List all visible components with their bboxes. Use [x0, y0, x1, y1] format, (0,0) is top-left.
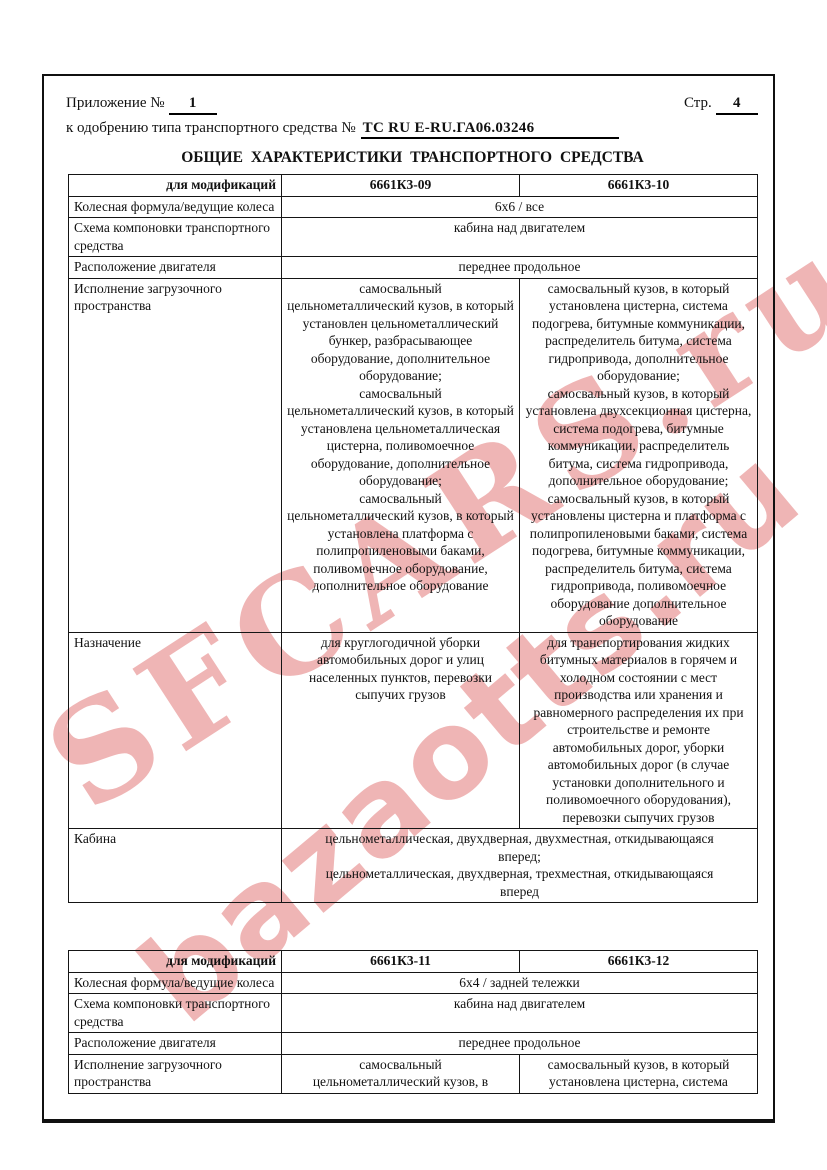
table2-header-row: для модификаций 6661К3-11 6661К3-12: [69, 951, 758, 973]
table-row-engine-position: Расположение двигателя переднее продольн…: [69, 1033, 758, 1055]
row-label: Расположение двигателя: [69, 1033, 282, 1055]
table-row-wheel-formula: Колесная формула/ведущие колеса 6х4 / за…: [69, 972, 758, 994]
row-value-mod-12: самосвальный кузов, в который установлен…: [520, 1054, 758, 1093]
row-value: кабина над двигателем: [282, 994, 758, 1033]
table1-header-modifications: для модификаций: [69, 175, 282, 197]
row-value-mod-11: самосвальный цельнометаллический кузов, …: [282, 1054, 520, 1093]
row-value: 6х4 / задней тележки: [282, 972, 758, 994]
row-label: Колесная формула/ведущие колеса: [69, 196, 282, 218]
table2-header-mod-11: 6661К3-11: [282, 951, 520, 973]
row-label: Схема компоновки транспортного средства: [69, 218, 282, 257]
approval-line: к одобрению типа транспортного средства …: [66, 120, 619, 137]
appendix-label: Приложение №: [66, 95, 165, 111]
row-label: Исполнение загрузочного пространства: [69, 278, 282, 632]
table-row-cargo-space: Исполнение загрузочного пространства сам…: [69, 278, 758, 632]
page-number-label: Стр.: [684, 95, 712, 111]
row-value: переднее продольное: [282, 257, 758, 279]
appendix-number: 1: [169, 96, 217, 115]
table1-header-mod-09: 6661К3-09: [282, 175, 520, 197]
row-value-mod-09: для круглогодичной уборки автомобильных …: [282, 632, 520, 829]
row-label: Исполнение загрузочного пространства: [69, 1054, 282, 1093]
table-row-layout-scheme: Схема компоновки транспортного средства …: [69, 994, 758, 1033]
row-value: кабина над двигателем: [282, 218, 758, 257]
row-value: цельнометаллическая, двухдверная, двухме…: [282, 829, 758, 903]
characteristics-table-1: для модификаций 6661К3-09 6661К3-10 Коле…: [68, 174, 758, 903]
row-value-mod-10: самосвальный кузов, в который установлен…: [520, 278, 758, 632]
row-value-mod-10: для транспортирования жидких битумных ма…: [520, 632, 758, 829]
table-row-cab: Кабина цельнометаллическая, двухдверная,…: [69, 829, 758, 903]
row-label: Кабина: [69, 829, 282, 903]
row-label: Назначение: [69, 632, 282, 829]
table-row-cargo-space-truncated: Исполнение загрузочного пространства сам…: [69, 1054, 758, 1093]
row-label: Колесная формула/ведущие колеса: [69, 972, 282, 994]
table-row-engine-position: Расположение двигателя переднее продольн…: [69, 257, 758, 279]
appendix-line: Приложение №1: [66, 95, 221, 115]
table1-header-mod-10: 6661К3-10: [520, 175, 758, 197]
page-number-line: Стр.4: [684, 95, 762, 115]
table2-header-mod-12: 6661К3-12: [520, 951, 758, 973]
row-value: 6х6 / все: [282, 196, 758, 218]
scanned-document-page: SFCARS.ru bazaotts.ru Приложение №1 Стр.…: [0, 0, 827, 1170]
row-value-mod-09: самосвальный цельнометаллический кузов, …: [282, 278, 520, 632]
table-row-wheel-formula: Колесная формула/ведущие колеса 6х6 / вс…: [69, 196, 758, 218]
page-number: 4: [716, 96, 758, 115]
row-value: переднее продольное: [282, 1033, 758, 1055]
table-row-layout-scheme: Схема компоновки транспортного средства …: [69, 218, 758, 257]
approval-label: к одобрению типа транспортного средства …: [66, 120, 356, 136]
table1-header-row: для модификаций 6661К3-09 6661К3-10: [69, 175, 758, 197]
row-label: Схема компоновки транспортного средства: [69, 994, 282, 1033]
approval-number: ТС RU E-RU.ГА06.03246: [361, 120, 620, 139]
table-row-purpose: Назначение для круглогодичной уборки авт…: [69, 632, 758, 829]
document-title: ОБЩИЕ ХАРАКТЕРИСТИКИ ТРАНСПОРТНОГО СРЕДС…: [68, 149, 757, 167]
row-label: Расположение двигателя: [69, 257, 282, 279]
characteristics-table-2: для модификаций 6661К3-11 6661К3-12 Коле…: [68, 950, 758, 1094]
table2-header-modifications: для модификаций: [69, 951, 282, 973]
